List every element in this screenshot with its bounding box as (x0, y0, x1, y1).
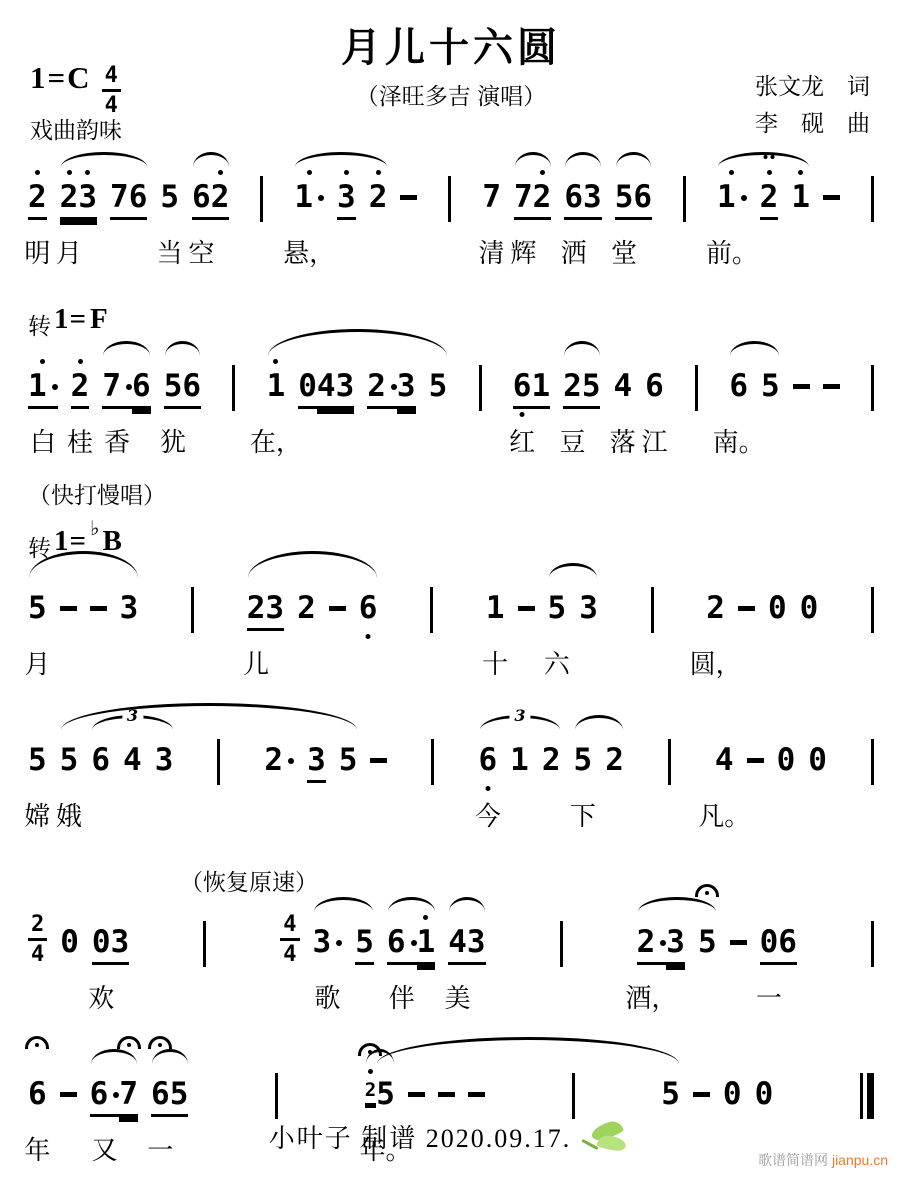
lyric-syllable: 六 (544, 649, 570, 680)
rest-note: 0一 (760, 911, 779, 965)
note: 4 (317, 355, 336, 409)
note-number: 6 (132, 368, 151, 404)
note: 2 (533, 166, 552, 220)
lyric-syllable: 桂 (67, 427, 93, 458)
note-number: 4 (123, 742, 142, 778)
music-line: （快打慢唱）转1=♭B5月32儿3261十5六32圆，00 (28, 477, 874, 633)
measure: 2儿326 (247, 577, 378, 631)
note-number: 3 (78, 179, 97, 215)
note: 7辉 (514, 166, 533, 220)
note-number: 2 (264, 742, 283, 778)
style-note: 戏曲韵味 (30, 112, 122, 145)
note-number: 5 (615, 179, 634, 215)
barline (217, 739, 220, 785)
note-number: 5 (429, 368, 448, 404)
note-number: 6 (645, 368, 664, 404)
note: 6江 (645, 355, 664, 409)
note-number: 3 (337, 179, 356, 215)
barline (448, 176, 451, 222)
rest-note: 0 (808, 729, 827, 783)
note-number: 4 (448, 924, 467, 960)
slur (61, 703, 357, 730)
note: 2圆， (706, 577, 725, 631)
note: 5六 (548, 577, 567, 631)
measure: 25年。 (365, 1063, 485, 1119)
slur (103, 341, 150, 356)
note-number: 2 (563, 368, 582, 404)
high-octave-dot (798, 166, 803, 179)
barline (695, 365, 698, 411)
lyric-syllable: 南。 (713, 427, 765, 458)
transcriber-credit: 小叶子 制谱 2020.09.17. (269, 1124, 572, 1153)
slur (377, 1037, 679, 1064)
note-number: 0 (723, 1076, 742, 1112)
note: 3 (397, 355, 416, 409)
note: 3 (307, 729, 326, 783)
note-number: 5 (28, 590, 47, 626)
note: 2 (264, 729, 294, 783)
augmentation-dot (288, 758, 294, 764)
dash-extension (730, 911, 747, 965)
note: 7 (110, 166, 129, 220)
note: 5娥 (60, 729, 79, 783)
high-octave-dot (376, 166, 381, 179)
note: 6 (359, 577, 378, 631)
lyric-syllable: 美 (445, 983, 471, 1014)
flat-icon: ♭ (90, 518, 99, 538)
note-number: 0 (808, 742, 827, 778)
music-line: 2明2月3765当6空21悬，327清7辉26洒35堂61前。21 (28, 166, 874, 222)
note-number: 2 (605, 742, 624, 778)
key-change-tonic: F (90, 302, 109, 337)
barline (572, 1073, 575, 1119)
music-line: 5嫦5娥6432356今125下24凡。0033 (28, 729, 874, 785)
fermata-icon (358, 1043, 382, 1056)
note: 5 (698, 911, 717, 965)
music-line: 6年6又76一525年。500 (28, 1063, 874, 1119)
lyric-syllable: 伴 (389, 983, 415, 1014)
note-number: 1 (791, 179, 810, 215)
note: 6 (132, 355, 151, 409)
watermark-text: 歌谱简谱网 (758, 1152, 828, 1168)
notes-row: 2400欢3443歌56伴14美32酒，350一6 (28, 911, 874, 967)
note-number: 7 (482, 179, 501, 215)
note-number: 2 (28, 179, 47, 215)
lyric-syllable: 香 (104, 427, 130, 458)
note: 5 (339, 729, 358, 783)
note: 6年 (28, 1063, 47, 1117)
lyric-syllable: 圆， (690, 649, 742, 680)
note: 5 (429, 355, 448, 409)
dash-glyph (329, 606, 346, 611)
lyric-syllable: 月 (24, 649, 50, 680)
slur (61, 152, 147, 167)
slur (152, 1049, 188, 1064)
slur (565, 152, 601, 167)
slur (449, 897, 485, 912)
rest-note: 0 (60, 911, 79, 965)
note: 5嫦 (28, 729, 47, 783)
note-number: 3 (579, 590, 598, 626)
note-number: 0 (777, 742, 796, 778)
barline (260, 176, 263, 222)
slur (515, 152, 551, 167)
barline (871, 365, 874, 411)
note-number: 1 (417, 924, 436, 960)
rest-note: 0欢 (92, 911, 111, 965)
composer: 李 砚 曲 (755, 105, 870, 142)
note: 1 (417, 911, 436, 965)
measure: 500 (661, 1063, 773, 1117)
dash-extension (468, 1063, 485, 1117)
time-signature: 44 (280, 913, 299, 966)
dash-glyph (823, 195, 840, 200)
high-octave-dot (35, 166, 40, 179)
note-number: 5 (376, 1076, 395, 1112)
note-number: 2 (60, 179, 79, 215)
dash-glyph (438, 1092, 455, 1097)
slur (575, 715, 623, 730)
high-octave-dot (423, 911, 428, 924)
note-number: 1 (486, 590, 505, 626)
fermata-icon (25, 1036, 49, 1049)
note-number: 2 (297, 590, 316, 626)
time-denominator: 4 (283, 941, 296, 966)
note-number: 7 (119, 1076, 138, 1112)
notes-row: 2明2月3765当6空21悬，327清7辉26洒35堂61前。21 (28, 166, 874, 222)
measure: 4凡。00 (715, 729, 827, 783)
barline (871, 921, 874, 967)
note: 2明 (28, 166, 47, 220)
note-number: 0 (768, 590, 787, 626)
lyric-syllable: 堂 (611, 238, 637, 269)
dash-glyph (823, 384, 840, 389)
note: 6一 (151, 1063, 170, 1117)
high-octave-dot (67, 166, 72, 179)
note: 6 (778, 911, 797, 965)
note-number: 5 (160, 179, 179, 215)
page-title: 月儿十六圆 (28, 16, 874, 73)
measure: 5月3 (28, 577, 138, 631)
note: 5月 (28, 577, 47, 631)
note-number: 5 (355, 924, 374, 960)
note-number: 3 (307, 742, 326, 778)
note-number: 3 (155, 742, 174, 778)
note-number: 2 (760, 179, 779, 215)
high-octave-dot (729, 166, 734, 179)
note-number: 2 (533, 179, 552, 215)
time-numerator: 4 (102, 64, 121, 92)
barline (430, 587, 433, 633)
notes-row: 5嫦5娥6432356今125下24凡。0033 (28, 729, 874, 785)
rest-note: 0 (768, 577, 787, 631)
note-number: 5 (574, 742, 593, 778)
note-number: 6 (129, 179, 148, 215)
final-barline (860, 1073, 874, 1119)
note-number: 5 (661, 1076, 680, 1112)
barline (275, 1073, 278, 1119)
high-octave-dot (540, 166, 545, 179)
dash-extension (738, 577, 755, 631)
notes-row: 6年6又76一525年。500 (28, 1063, 874, 1119)
note: 1在， (267, 355, 286, 409)
barline (651, 587, 654, 633)
lyric-syllable: 凡。 (698, 801, 750, 832)
note: 1 (510, 729, 529, 783)
rest-note: 0 (777, 729, 796, 783)
note: 2酒， (637, 911, 667, 965)
dash-extension (60, 1063, 77, 1117)
note: 3歌 (313, 911, 343, 965)
note-number: 3 (666, 924, 685, 960)
key-change-prefix: 转 (28, 308, 51, 341)
note: 3 (265, 577, 284, 631)
lyric-syllable: 空 (188, 238, 214, 269)
note: 6 (129, 166, 148, 220)
note: 7清 (482, 166, 501, 220)
measure: 2明2月3765当6空2 (28, 166, 229, 220)
note: 3 (78, 166, 97, 220)
lyric-syllable: 儿 (243, 649, 269, 680)
note-number: 2 (369, 179, 388, 215)
lyric-syllable: 洒 (561, 238, 587, 269)
note: 5当 (160, 166, 179, 220)
note: 1前。 (717, 166, 747, 220)
note-number: 3 (265, 590, 284, 626)
score: 2明2月3765当6空21悬，327清7辉26洒35堂61前。21转1=F1白2… (0, 166, 898, 1119)
note: 6 (182, 355, 201, 409)
rest-note: 0 (723, 1063, 742, 1117)
note-number: 5 (60, 742, 79, 778)
note-number: 0 (298, 368, 317, 404)
note: 2 (365, 1065, 376, 1119)
dash-glyph (370, 758, 387, 763)
note: 2 (367, 355, 397, 409)
note: 6又 (90, 1063, 120, 1117)
credits: 张文龙 词 李 砚 曲 (755, 68, 870, 142)
note: 3 (337, 166, 356, 220)
note-number: 6 (387, 924, 406, 960)
note-number: 6 (359, 590, 378, 626)
note: 3 (336, 355, 355, 409)
watermark-site-link[interactable]: jianpu.cn (832, 1152, 888, 1168)
high-octave-dot (344, 166, 349, 179)
dash-glyph (747, 758, 764, 763)
note: 6 (91, 729, 110, 783)
measure: 6今125下2 (479, 729, 624, 783)
note: 5 (582, 355, 601, 409)
note: 3 (111, 911, 130, 965)
dash-extension (370, 729, 387, 783)
measure: 235 (264, 729, 387, 783)
lyric-syllable: 当 (157, 238, 183, 269)
note-number: 3 (120, 590, 139, 626)
note-number: 7 (514, 179, 533, 215)
note-number: 2 (365, 1078, 376, 1102)
note-number: 2 (211, 179, 230, 215)
dash-extension (823, 166, 840, 220)
leaf-icon (579, 1123, 629, 1159)
note-number: 5 (170, 1076, 189, 1112)
high-octave-dot (767, 166, 772, 179)
time-numerator: 2 (28, 913, 47, 941)
note: 3 (666, 911, 685, 965)
dash-extension (747, 729, 764, 783)
rest-note: 0 (800, 577, 819, 631)
note: 2 (369, 166, 388, 220)
note: 1十 (486, 577, 505, 631)
lyric-syllable: 欢 (88, 983, 114, 1014)
key-signature: 1=C 4 4 (30, 62, 121, 117)
high-octave-dot (273, 355, 278, 368)
note-number: 4 (613, 368, 632, 404)
high-octave-dot (368, 1065, 373, 1078)
note: 3 (120, 577, 139, 631)
music-line: （恢复原速）2400欢3443歌56伴14美32酒，350一6 (28, 864, 874, 967)
low-octave-dot (366, 634, 371, 639)
key-change-base: 1= (54, 302, 87, 337)
rest-note: 0 (755, 1063, 774, 1117)
measure: 5嫦5娥643 (28, 729, 173, 783)
note-number: 1 (531, 368, 550, 404)
slur (616, 152, 651, 167)
lyric-syllable: 今 (475, 801, 501, 832)
measure: 2400欢3 (28, 911, 129, 966)
note-number: 0 (755, 1076, 774, 1112)
note-number: 1 (294, 179, 313, 215)
lyric-syllable: 一 (756, 983, 782, 1014)
note-number: 3 (111, 924, 130, 960)
augmentation-dot (318, 195, 324, 201)
performer-note: （泽旺多吉 演唱） (28, 78, 874, 111)
note: 6红 (513, 355, 532, 409)
note: 7 (119, 1063, 138, 1117)
measure: 2酒，350一6 (637, 911, 797, 965)
note-number: 6 (90, 1076, 109, 1112)
note-number: 3 (467, 924, 486, 960)
lyricist: 张文龙 词 (755, 68, 870, 105)
note-number: 3 (397, 368, 416, 404)
note: 2儿 (247, 577, 266, 631)
note-number: 4 (715, 742, 734, 778)
note-number: 3 (336, 368, 355, 404)
dash-glyph (693, 1092, 710, 1097)
tempo-annotation: （恢复原速） (180, 864, 874, 897)
note: 2 (760, 166, 779, 220)
note-number: 1 (717, 179, 736, 215)
note-number: 0 (760, 924, 779, 960)
note-number: 2 (367, 368, 386, 404)
dash-glyph (90, 606, 107, 611)
lyric-syllable: 犹 (160, 427, 186, 458)
note: 4落 (613, 355, 632, 409)
key-label: 1=C (30, 62, 92, 93)
measure: 1在，043235 (267, 355, 448, 409)
note: 2桂 (71, 355, 90, 409)
note: 3 (467, 911, 486, 965)
note-number: 6 (91, 742, 110, 778)
note-number: 6 (28, 1076, 47, 1112)
lyric-syllable: 红 (509, 427, 535, 458)
time-numerator: 4 (280, 913, 299, 941)
note: 4美 (448, 911, 467, 965)
note: 1白 (28, 355, 58, 409)
slur (91, 1049, 137, 1064)
slur (165, 341, 200, 356)
lyric-syllable: 豆 (559, 427, 585, 458)
slur (564, 341, 600, 356)
note-number: 2 (247, 590, 266, 626)
note-number: 6 (633, 179, 652, 215)
note-number: 6 (192, 179, 211, 215)
time-signature: 24 (28, 913, 47, 966)
slur (314, 897, 373, 912)
note: 4凡。 (715, 729, 734, 783)
lyric-syllable: 辉 (510, 238, 536, 269)
note-number: 5 (28, 742, 47, 778)
note-number: 6 (182, 368, 201, 404)
measure: 1白2桂7香65犹6 (28, 355, 201, 409)
lyric-syllable: 明 (24, 238, 50, 269)
measure: 2圆，00 (706, 577, 818, 631)
dash-extension (400, 166, 417, 220)
note-number: 6 (564, 179, 583, 215)
lyric-syllable: 在， (250, 427, 302, 458)
dash-glyph (730, 940, 747, 945)
barline (871, 587, 874, 633)
note: 7香 (102, 355, 132, 409)
slur (549, 563, 597, 578)
slur (388, 897, 435, 912)
note: 2豆 (563, 355, 582, 409)
low-octave-dot (520, 412, 525, 417)
note-number: 1 (267, 368, 286, 404)
measure: 1前。21 (717, 166, 840, 220)
barline (431, 739, 434, 785)
note: 2 (605, 729, 624, 783)
slur (638, 897, 716, 912)
lyric-syllable: 前。 (706, 238, 758, 269)
note: 2 (211, 166, 230, 220)
lyric-syllable: 江 (641, 427, 667, 458)
note-number: 1 (28, 368, 47, 404)
barline (871, 176, 874, 222)
key-change: 转1=F (28, 302, 874, 341)
notes-row: 5月32儿3261十5六32圆，00 (28, 577, 874, 633)
note: 5下 (574, 729, 593, 783)
dash-extension (518, 577, 535, 631)
note: 3 (155, 729, 174, 783)
note-number: 7 (110, 179, 129, 215)
note: 2 (542, 729, 561, 783)
lyric-syllable: 落 (610, 427, 636, 458)
watermark: 歌谱简谱网 jianpu.cn (758, 1150, 888, 1170)
note-number: 5 (698, 924, 717, 960)
note: 6今 (479, 729, 498, 783)
barline (479, 365, 482, 411)
note-number: 2 (706, 590, 725, 626)
dash-extension (408, 1063, 425, 1117)
note-number: 7 (102, 368, 121, 404)
slur (718, 152, 809, 167)
note: 5 (661, 1063, 680, 1117)
measure: 6南。5 (729, 355, 839, 409)
note-number: 2 (71, 368, 90, 404)
dash-glyph (60, 1092, 77, 1097)
dash-glyph (408, 1092, 425, 1097)
dash-extension (793, 355, 810, 409)
dash-extension (823, 355, 840, 409)
